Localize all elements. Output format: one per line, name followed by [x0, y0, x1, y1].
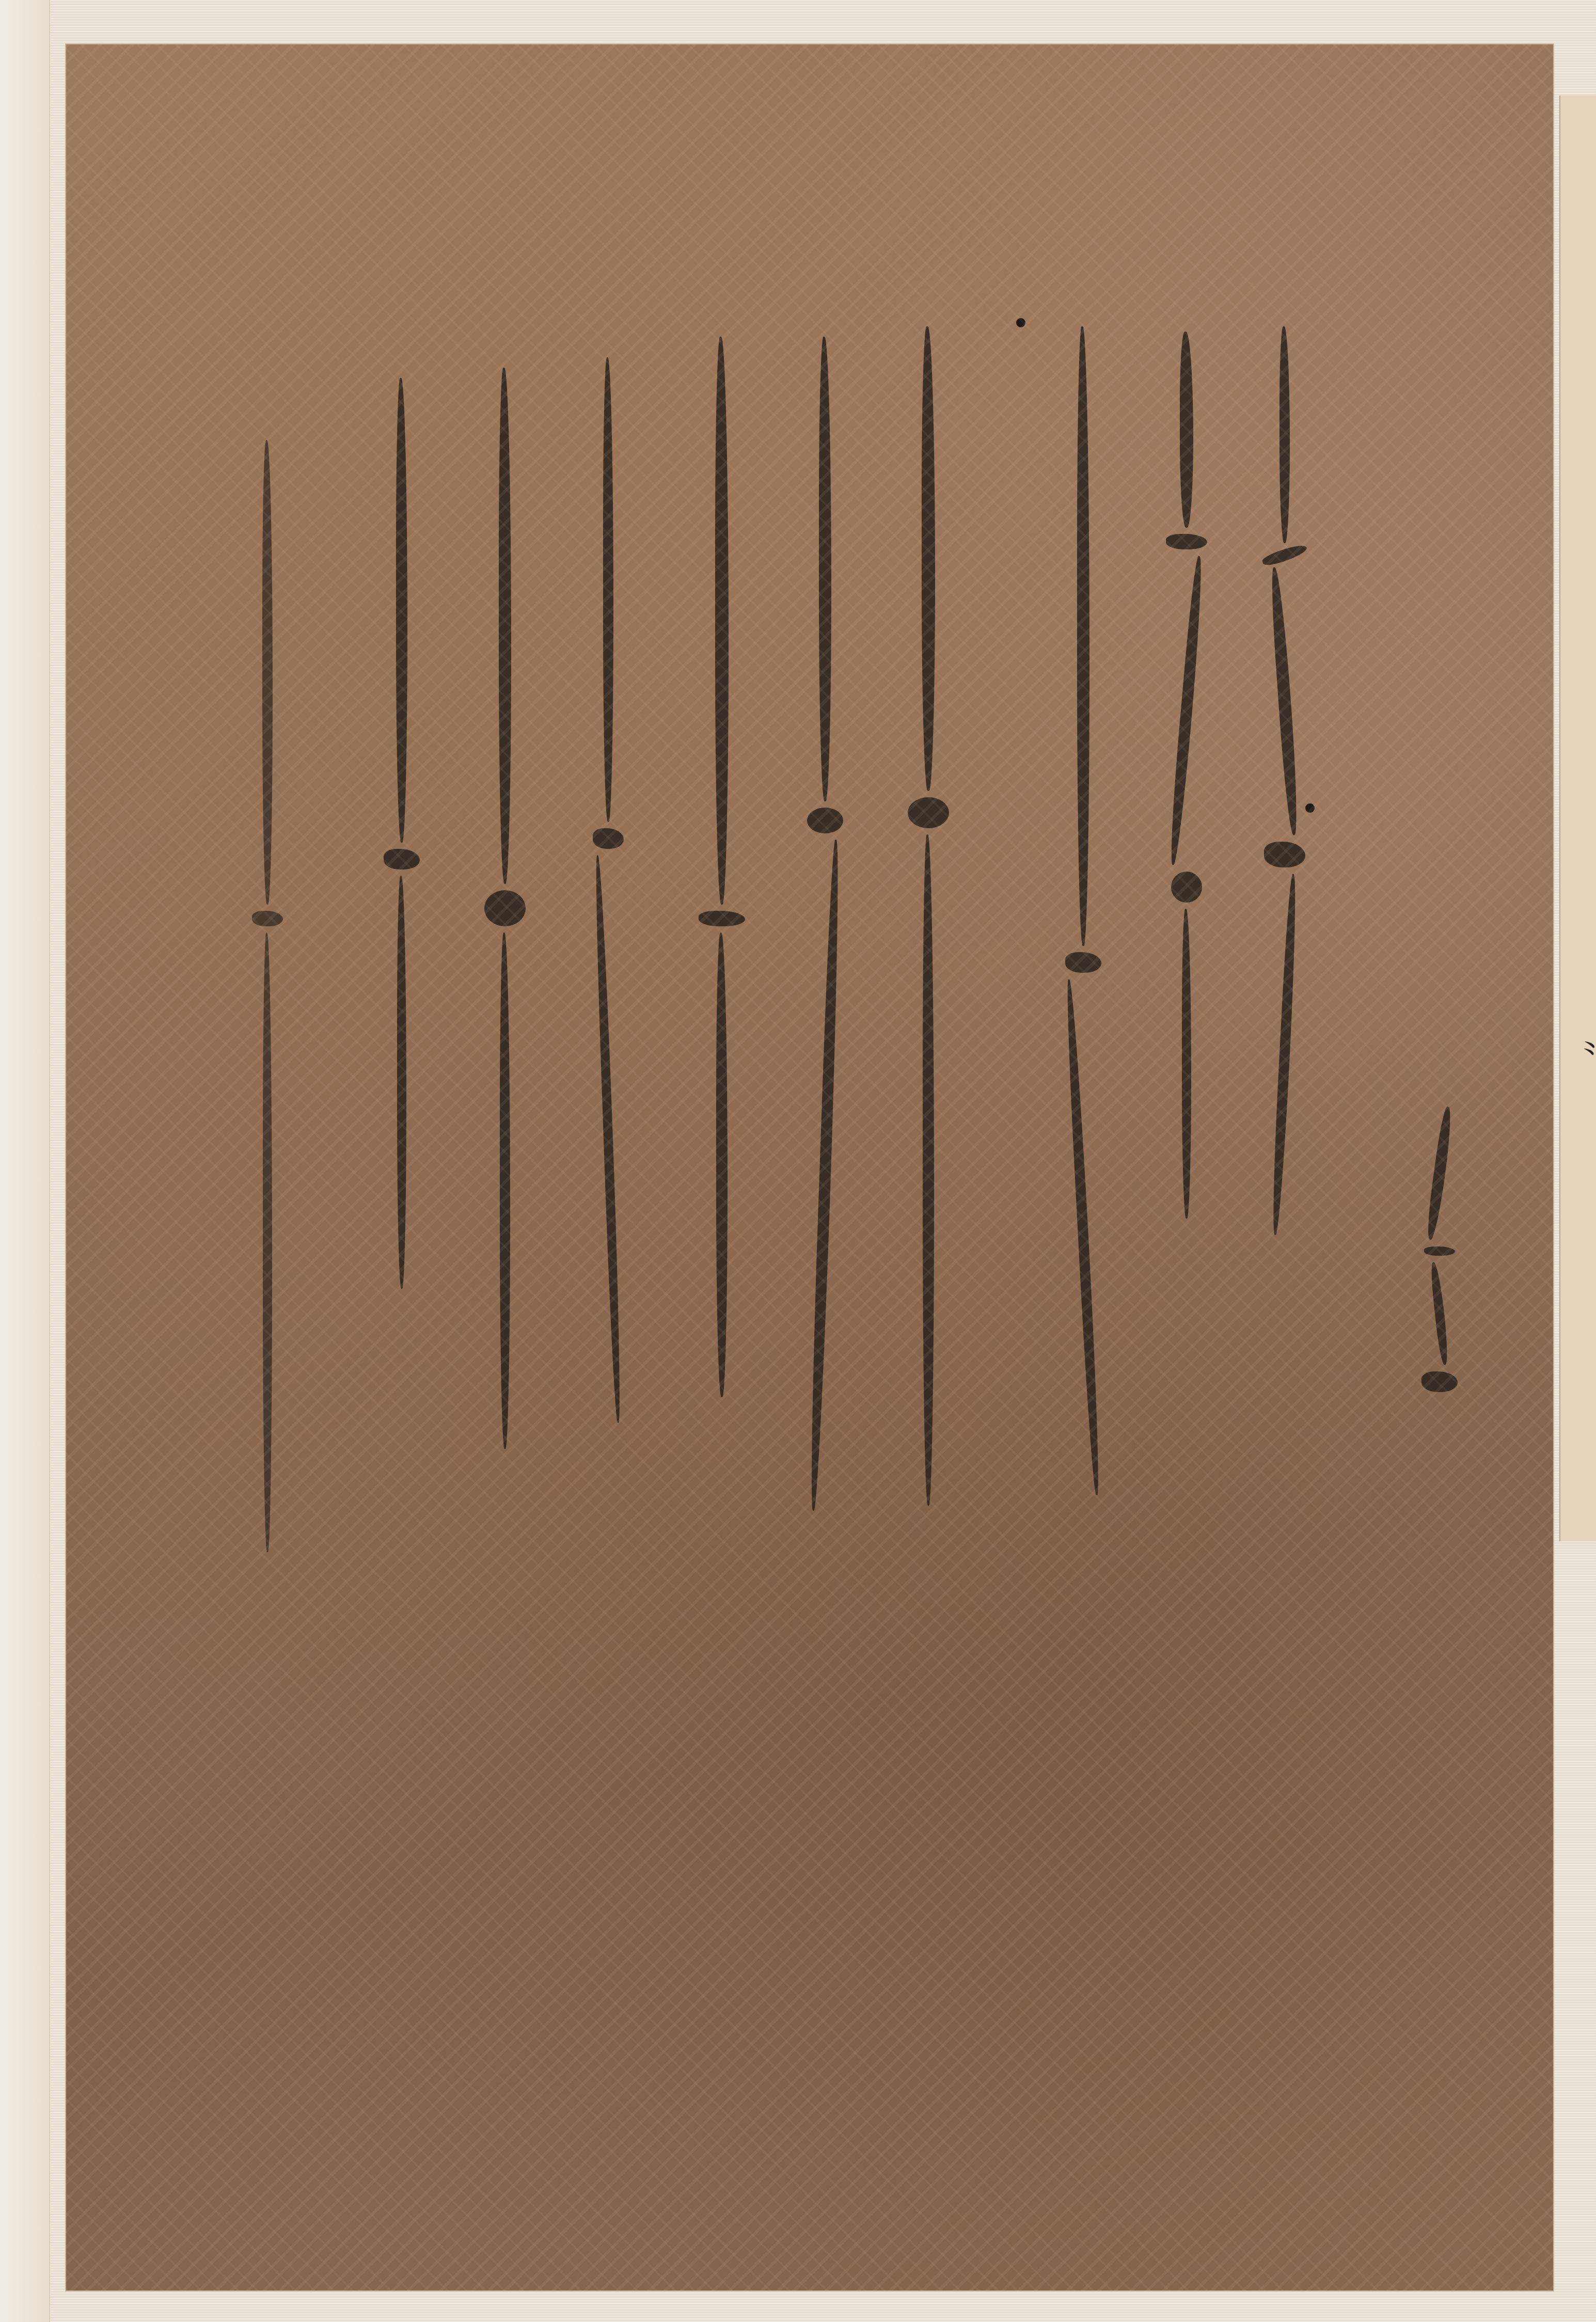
text-column-3 [1140, 328, 1233, 1222]
ink-dot [1016, 318, 1025, 327]
text-column-9 [459, 365, 551, 1452]
text-column-6 [779, 334, 872, 1514]
calligraphy-sheet [66, 44, 1553, 2291]
text-column-1 [1393, 1103, 1486, 1395]
mount-left-strip [0, 0, 50, 2322]
text-column-2 [1238, 323, 1331, 1238]
text-column-5 [882, 323, 975, 1509]
text-column-11 [221, 437, 314, 1555]
text-column-4 [1037, 323, 1130, 1498]
adjacent-sheet-edge: ⺀ [1559, 96, 1596, 1541]
text-column-7 [675, 334, 768, 1400]
text-column-10 [355, 375, 448, 1292]
partial-character: ⺀ [1576, 1040, 1596, 1113]
ink-dot [1305, 803, 1315, 813]
text-column-8 [562, 354, 655, 1426]
